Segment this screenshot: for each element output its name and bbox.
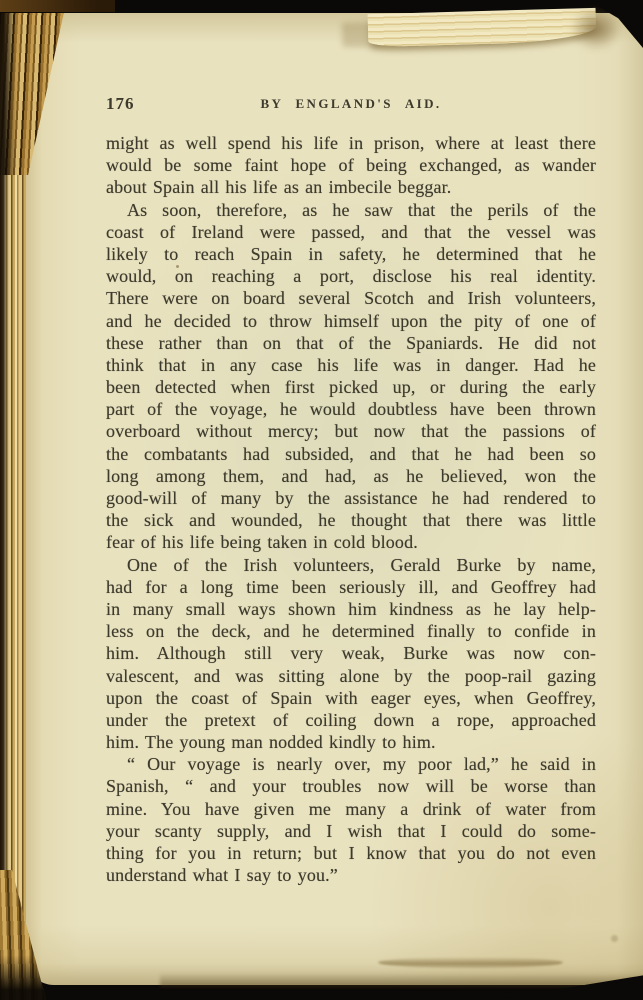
text-line: might as well spend his life in prison, … (106, 132, 596, 154)
text-line: about Spain all his life as an imbecile … (106, 176, 596, 198)
text-line: under the pretext of coiling down a rope… (106, 709, 596, 731)
text-line: coast of Ireland were passed, and that t… (106, 221, 596, 243)
text-line: would, on reaching a port, disclose his … (106, 265, 596, 287)
ink-speck (176, 265, 179, 268)
text-line: him. Although still very weak, Burke was… (106, 642, 596, 664)
text-line: understand what I say to you.” (106, 864, 596, 886)
text-line: in many small ways shown him kindness as… (106, 598, 596, 620)
text-line: less on the deck, and he determined fina… (106, 620, 596, 642)
text-line: valescent, and was sitting alone by the … (106, 665, 596, 687)
photo-top-band-left (0, 0, 115, 12)
foxing-spot (611, 935, 618, 942)
text-line: your scanty supply, and I wish that I co… (106, 820, 596, 842)
text-line: these rather than on that of the Spaniar… (106, 332, 596, 354)
text-line: the combatants had subsided, and that he… (106, 443, 596, 465)
text-line: long among them, and had, as he believed… (106, 465, 596, 487)
running-title: BY ENGLAND'S AID. (106, 94, 596, 112)
book-photo: 176 BY ENGLAND'S AID. might as well spen… (0, 0, 643, 1000)
text-line: the sick and wounded, he thought that th… (106, 509, 596, 531)
text-line: good-will of many by the assistance he h… (106, 487, 596, 509)
text-line: mine. You have given me many a drink of … (106, 798, 596, 820)
page-number: 176 (106, 94, 135, 114)
text-line: There were on board several Scotch and I… (106, 287, 596, 309)
text-line: “ Our voyage is nearly over, my poor lad… (106, 753, 596, 775)
text-line: been detected when first picked up, or d… (106, 376, 596, 398)
text-line: likely to reach Spain in safety, he dete… (106, 243, 596, 265)
page-edge-bottom-ridge (378, 957, 563, 968)
text-line: would be some faint hope of being exchan… (106, 154, 596, 176)
text-block: might as well spend his life in prison, … (106, 132, 596, 886)
text-line: think that in any case his life was in d… (106, 354, 596, 376)
text-line: Spanish, “ and your troubles now will be… (106, 775, 596, 797)
text-line: part of the voyage, he would doubtless h… (106, 398, 596, 420)
text-line: thing for you in return; but I know that… (106, 842, 596, 864)
text-line: One of the Irish volunteers, Gerald Burk… (106, 554, 596, 576)
text-line: had for a long time been seriously ill, … (106, 576, 596, 598)
page-bottom-shadow (160, 973, 643, 987)
text-line: overboard without mercy; but now that th… (106, 420, 596, 442)
page-header: 176 BY ENGLAND'S AID. (106, 94, 596, 114)
book-page: 176 BY ENGLAND'S AID. might as well spen… (26, 13, 643, 985)
text-line: fear of his life being taken in cold blo… (106, 531, 596, 553)
text-line: and he decided to throw himself upon the… (106, 310, 596, 332)
text-line: him. The young man nodded kindly to him. (106, 731, 596, 753)
text-line: upon the coast of Spain with eager eyes,… (106, 687, 596, 709)
text-line: As soon, therefore, as he saw that the p… (106, 199, 596, 221)
